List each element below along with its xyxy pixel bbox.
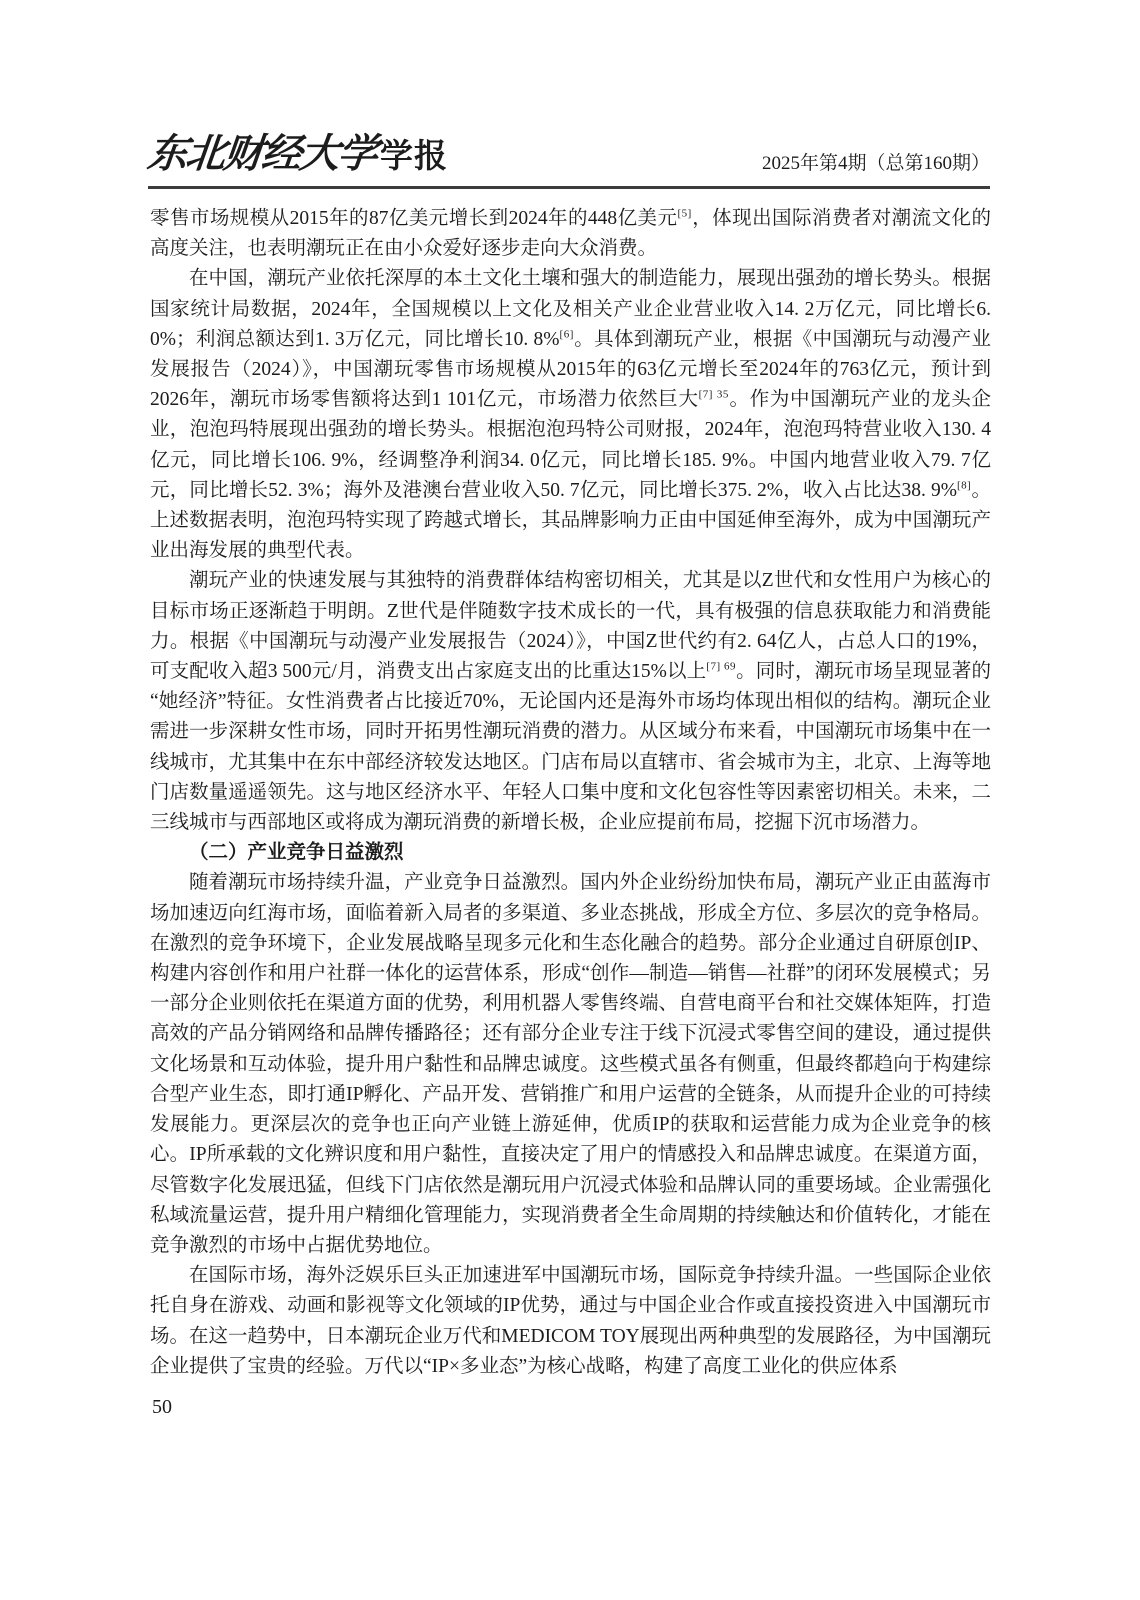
journal-header: 东北财经大学学报 2025年第4期（总第160期）: [148, 122, 990, 189]
reference-superscript: [7] 69: [706, 661, 736, 673]
reference-superscript: [5]: [677, 208, 691, 220]
paragraph-consumer-structure: 潮玩产业的快速发展与其独特的消费群体结构密切相关，尤其是以Z世代和女性用户为核心…: [150, 566, 991, 838]
journal-page: 东北财经大学学报 2025年第4期（总第160期） 零售市场规模从2015年的8…: [0, 0, 1140, 1600]
journal-logo: 东北财经大学学报: [148, 122, 448, 179]
issue-info: 2025年第4期（总第160期）: [762, 148, 990, 179]
section-heading-competition: （二）产业竞争日益激烈: [150, 838, 991, 868]
paragraph-competition: 随着潮玩市场持续升温，产业竞争日益激烈。国内外企业纷纷加快布局，潮玩产业正由蓝海…: [150, 868, 991, 1261]
journal-logo-suffix: 学报: [380, 130, 448, 177]
paragraph-china-market: 在中国，潮玩产业依托深厚的本土文化土壤和强大的制造能力，展现出强劲的增长势头。根…: [150, 264, 991, 566]
paragraph-international-market: 在国际市场，海外泛娱乐巨头正加速进军中国潮玩市场，国际竞争持续升温。一些国际企业…: [150, 1261, 991, 1382]
reference-superscript: [8]: [957, 479, 971, 491]
page-number: 50: [152, 1396, 172, 1419]
reference-superscript: [7] 35: [699, 389, 729, 401]
article-body: 零售市场规模从2015年的87亿美元增长到2024年的448亿美元[5]，体现出…: [150, 204, 991, 1382]
journal-logo-calligraphy: 东北财经大学: [145, 122, 379, 179]
reference-superscript: [6]: [560, 328, 574, 340]
paragraph-continued: 零售市场规模从2015年的87亿美元增长到2024年的448亿美元[5]，体现出…: [150, 204, 991, 264]
